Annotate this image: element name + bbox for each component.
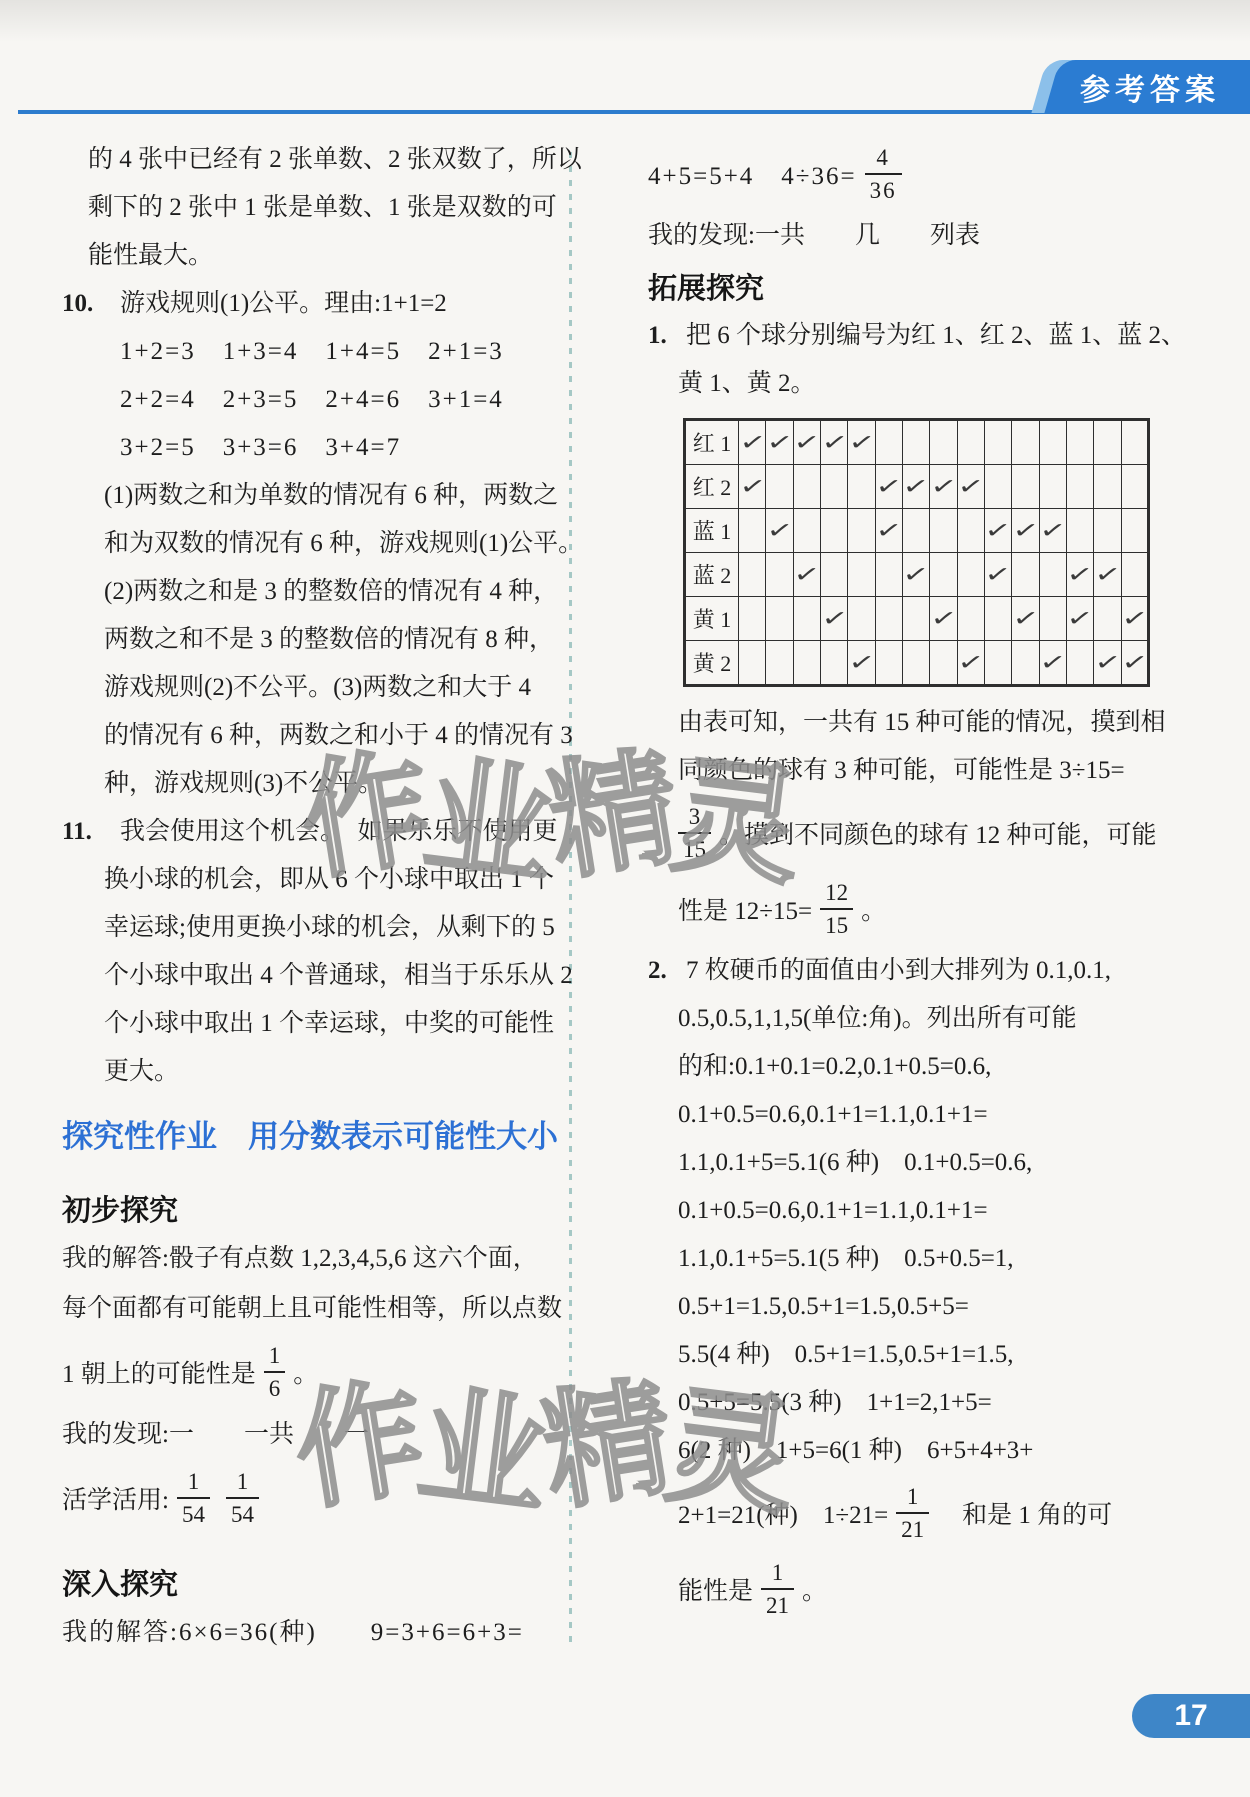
answer-line: 幸运球;使用更换小球的机会，从剩下的 5 [62, 904, 568, 952]
table-cell [739, 553, 766, 597]
table-cell: ✓ [902, 465, 929, 509]
table-cell: ✓ [1012, 509, 1039, 553]
subsection-heading-deep: 深入探究 [62, 1562, 568, 1608]
check-mark: ✓ [1012, 517, 1039, 545]
numerator: 12 [820, 881, 853, 908]
right-column: 4+5=5+4 4÷36=436 我的发现:一共 几 列表 拓展探究 1.把 6… [648, 136, 1164, 1627]
check-mark: ✓ [1012, 605, 1039, 633]
table-cell [1066, 420, 1093, 465]
check-mark: ✓ [1039, 649, 1066, 677]
table-cell [1066, 509, 1093, 553]
table-cell [1121, 553, 1148, 597]
table-cell [739, 597, 766, 641]
table-cell: ✓ [984, 553, 1011, 597]
numerator: 1 [767, 1561, 789, 1588]
check-mark: ✓ [1066, 605, 1093, 633]
check-mark: ✓ [793, 429, 820, 457]
table-cell [1066, 465, 1093, 509]
table-cell: ✓ [875, 509, 902, 553]
check-mark: ✓ [739, 473, 766, 501]
check-mark: ✓ [875, 473, 902, 501]
answer-line: 两数之和不是 3 的整数倍的情况有 8 种， [62, 616, 568, 664]
fraction: 154 [226, 1470, 259, 1526]
table-cell: ✓ [793, 420, 820, 465]
row-label: 蓝 2 [685, 553, 739, 597]
answer-line-fraction: 4+5=5+4 4÷36=436 [648, 136, 1164, 212]
reference-answers-badge: 参考答案 [1052, 60, 1250, 113]
table-cell [793, 597, 820, 641]
row-label: 红 2 [685, 465, 739, 509]
table-cell [1039, 597, 1066, 641]
table-cell [875, 553, 902, 597]
table-cell [1012, 420, 1039, 465]
table-cell: ✓ [820, 420, 847, 465]
table-cell [766, 597, 793, 641]
answer-line: (1)两数之和为单数的情况有 6 种，两数之 [62, 472, 568, 520]
table-cell [1121, 509, 1148, 553]
table-cell [739, 641, 766, 686]
check-mark: ✓ [1121, 649, 1148, 677]
table-cell: ✓ [957, 641, 984, 686]
table-row: 黄 1✓✓✓✓✓ [685, 597, 1149, 641]
table-cell [984, 641, 1011, 686]
numerator: 1 [902, 1485, 924, 1512]
answer-key-page: 参考答案 的 4 张中已经有 2 张单数、2 张双数了，所以 剩下的 2 张中 … [0, 0, 1250, 1797]
answer-text: 。摸到不同颜色的球有 12 种可能，可能 [719, 815, 1157, 851]
table-cell [930, 509, 957, 553]
fraction: 121 [896, 1485, 929, 1541]
check-mark: ✓ [930, 605, 957, 633]
table-cell [930, 553, 957, 597]
table-cell [984, 420, 1011, 465]
table-cell [875, 641, 902, 686]
answer-text: 4+5=5+4 4÷36= [648, 156, 857, 192]
table-cell [902, 597, 929, 641]
fraction: 121 [761, 1561, 794, 1617]
row-label: 黄 2 [685, 641, 739, 686]
table-cell [1066, 641, 1093, 686]
denominator: 15 [820, 908, 853, 937]
check-mark: ✓ [1094, 649, 1121, 677]
table-cell [848, 509, 875, 553]
table-cell: ✓ [1039, 641, 1066, 686]
table-cell: ✓ [1121, 641, 1148, 686]
answer-line: 0.1+0.5=0.6,0.1+1=1.1,0.1+1= [648, 1187, 1164, 1235]
answer-line: 0.5+1=1.5,0.5+1=1.5,0.5+5= [648, 1283, 1164, 1331]
discovery-line: 我的发现:一 一共 一 [62, 1410, 568, 1460]
fraction: 16 [264, 1344, 286, 1400]
page-number-badge: 17 [1132, 1694, 1250, 1738]
table-cell [930, 641, 957, 686]
equation-line: 2+2=4 2+3=5 2+4=6 3+1=4 [62, 376, 568, 424]
table-cell: ✓ [930, 465, 957, 509]
table-cell [875, 597, 902, 641]
table-cell [902, 641, 929, 686]
answer-text: 和是 1 角的可 [937, 1495, 1112, 1531]
table-cell: ✓ [1094, 553, 1121, 597]
subsection-heading-initial: 初步探究 [62, 1188, 568, 1234]
item-number: 11. [62, 808, 120, 856]
row-label: 红 1 [685, 420, 739, 465]
check-mark: ✓ [930, 473, 957, 501]
answer-text: 活学活用: [62, 1480, 169, 1516]
item-number: 10. [62, 280, 120, 328]
table-cell [1012, 553, 1039, 597]
answer-text: 性是 12÷15= [678, 891, 812, 927]
answer-text: 。 [861, 891, 886, 927]
table-cell [1039, 420, 1066, 465]
table-cell: ✓ [1012, 597, 1039, 641]
answer-line: 换小球的机会，即从 6 个小球中取出 1 个 [62, 856, 568, 904]
table-cell [1039, 553, 1066, 597]
answer-line: 1.1,0.1+5=5.1(6 种) 0.1+0.5=0.6, [648, 1139, 1164, 1187]
check-mark: ✓ [848, 429, 875, 457]
check-mark: ✓ [739, 429, 766, 457]
table-cell: ✓ [739, 420, 766, 465]
table-cell [793, 509, 820, 553]
pairs-table: 红 1✓✓✓✓✓红 2✓✓✓✓✓蓝 1✓✓✓✓✓蓝 2✓✓✓✓✓黄 1✓✓✓✓✓… [683, 418, 1150, 687]
denominator: 6 [264, 1371, 286, 1400]
table-cell [875, 420, 902, 465]
table-cell [739, 509, 766, 553]
table-cell: ✓ [848, 420, 875, 465]
table-cell: ✓ [1066, 553, 1093, 597]
denominator: 15 [678, 832, 711, 861]
table-cell [902, 420, 929, 465]
answer-line-fraction: 活学活用:154154 [62, 1460, 568, 1536]
answer-text: 。 [802, 1571, 827, 1607]
answer-line: (2)两数之和是 3 的整数倍的情况有 4 种， [62, 568, 568, 616]
table-cell: ✓ [848, 641, 875, 686]
answer-line: 每个面都有可能朝上且可能性相等，所以点数 [62, 1284, 568, 1334]
table-cell [766, 641, 793, 686]
table-cell [848, 465, 875, 509]
fraction: 154 [177, 1470, 210, 1526]
badge-label: 参考答案 [1052, 60, 1250, 113]
answer-line: 我的解答:6×6=36(种) 9=3+6=6+3= [62, 1608, 568, 1658]
table-cell [1094, 465, 1121, 509]
answer-line: 个小球中取出 1 个幸运球，中奖的可能性 [62, 1000, 568, 1048]
answer-text: 把 6 个球分别编号为红 1、红 2、蓝 1、蓝 2、 [686, 322, 1186, 349]
denominator: 36 [865, 173, 902, 202]
answer-line-fraction: 2+1=21(种) 1÷21=121 和是 1 角的可 [648, 1475, 1164, 1551]
check-mark: ✓ [820, 429, 847, 457]
discovery-line: 我的发现:一共 几 列表 [648, 212, 1164, 260]
answer-line: 的和:0.1+0.1=0.2,0.1+0.5=0.6, [648, 1043, 1164, 1091]
check-mark: ✓ [902, 473, 929, 501]
table-cell: ✓ [902, 553, 929, 597]
table-cell [793, 465, 820, 509]
answer-line: 0.5+5=5.5(3 种) 1+1=2,1+5= [648, 1379, 1164, 1427]
answer-line-fraction: 1 朝上的可能性是16。 [62, 1334, 568, 1410]
check-mark: ✓ [1094, 561, 1121, 589]
answer-line: 游戏规则(2)不公平。(3)两数之和大于 4 [62, 664, 568, 712]
table-cell [957, 553, 984, 597]
answer-line-fraction: 能性是121。 [648, 1551, 1164, 1627]
table-cell [1012, 465, 1039, 509]
check-mark: ✓ [984, 561, 1011, 589]
answer-text: 1 朝上的可能性是 [62, 1354, 256, 1390]
check-mark: ✓ [766, 429, 793, 457]
denominator: 21 [761, 1588, 794, 1617]
check-mark: ✓ [957, 473, 984, 501]
check-mark: ✓ [766, 517, 793, 545]
answer-line: 1.1,0.1+5=5.1(5 种) 0.5+0.5=1, [648, 1235, 1164, 1283]
table-cell [848, 553, 875, 597]
table-row: 蓝 2✓✓✓✓✓ [685, 553, 1149, 597]
check-mark: ✓ [902, 561, 929, 589]
numerator: 1 [232, 1470, 254, 1497]
row-label: 黄 1 [685, 597, 739, 641]
check-mark: ✓ [820, 605, 847, 633]
table-row: 红 2✓✓✓✓✓ [685, 465, 1149, 509]
answer-line: 我的解答:骰子有点数 1,2,3,4,5,6 这六个面， [62, 1234, 568, 1284]
equation-line: 3+2=5 3+3=6 3+4=7 [62, 424, 568, 472]
answer-line: 个小球中取出 4 个普通球，相当于乐乐从 2 [62, 952, 568, 1000]
table-cell [1121, 420, 1148, 465]
check-mark: ✓ [793, 561, 820, 589]
column-divider [569, 152, 572, 1644]
denominator: 54 [177, 1497, 210, 1526]
table-cell [820, 641, 847, 686]
answer-line: 黄 1、黄 2。 [648, 360, 1164, 408]
table-cell [957, 420, 984, 465]
table-cell: ✓ [739, 465, 766, 509]
answer-line: 由表可知，一共有 15 种可能的情况，摸到相 [648, 699, 1164, 747]
table-cell [984, 465, 1011, 509]
table-row: 黄 2✓✓✓✓✓ [685, 641, 1149, 686]
item-number: 1. [648, 312, 686, 360]
answer-line: 剩下的 2 张中 1 张是单数、1 张是双数的可 [62, 184, 568, 232]
item-2-first-line: 2.7 枚硬币的面值由小到大排列为 0.1,0.1, [648, 947, 1164, 995]
denominator: 54 [226, 1497, 259, 1526]
subsection-heading-extend: 拓展探究 [648, 266, 1164, 312]
table-cell: ✓ [793, 553, 820, 597]
answer-line: 能性最大。 [62, 232, 568, 280]
table-cell [820, 553, 847, 597]
item-1-first-line: 1.把 6 个球分别编号为红 1、红 2、蓝 1、蓝 2、 [648, 312, 1164, 360]
table-cell [957, 597, 984, 641]
table-cell: ✓ [930, 597, 957, 641]
answer-line: 0.5,0.5,1,1,5(单位:角)。列出所有可能 [648, 995, 1164, 1043]
table-cell: ✓ [820, 597, 847, 641]
fraction: 315 [678, 805, 711, 861]
row-label: 蓝 1 [685, 509, 739, 553]
item-11-first-line: 11.我会使用这个机会。 如果乐乐不使用更 [62, 808, 568, 856]
table-cell [1094, 597, 1121, 641]
check-mark: ✓ [1121, 605, 1148, 633]
numerator: 4 [871, 146, 895, 173]
answer-text: 2+1=21(种) 1÷21= [678, 1495, 888, 1531]
table-cell [820, 465, 847, 509]
table-cell: ✓ [1121, 597, 1148, 641]
answer-text: 。 [293, 1354, 318, 1390]
answer-line: 种，游戏规则(3)不公平。 [62, 760, 568, 808]
answer-line: 的情况有 6 种，两数之和小于 4 的情况有 3 [62, 712, 568, 760]
denominator: 21 [896, 1512, 929, 1541]
table-cell [957, 509, 984, 553]
equation-line: 1+2=3 1+3=4 1+4=5 2+1=3 [62, 328, 568, 376]
table-cell [1094, 420, 1121, 465]
numerator: 1 [183, 1470, 205, 1497]
pairs-table-body: 红 1✓✓✓✓✓红 2✓✓✓✓✓蓝 1✓✓✓✓✓蓝 2✓✓✓✓✓黄 1✓✓✓✓✓… [685, 420, 1149, 686]
section-title: 探究性作业 用分数表示可能性大小 [62, 1112, 568, 1162]
check-mark: ✓ [984, 517, 1011, 545]
numerator: 3 [684, 805, 706, 832]
answer-line-fraction: 315。摸到不同颜色的球有 12 种可能，可能 [648, 795, 1164, 871]
answer-line: 更大。 [62, 1048, 568, 1096]
answer-line: 同颜色的球有 3 种可能，可能性是 3÷15= [648, 747, 1164, 795]
fraction: 436 [865, 146, 902, 202]
table-cell [848, 597, 875, 641]
table-cell [820, 509, 847, 553]
table-cell: ✓ [1039, 509, 1066, 553]
fraction: 1215 [820, 881, 853, 937]
table-cell [902, 509, 929, 553]
item-number: 2. [648, 947, 686, 995]
table-cell: ✓ [875, 465, 902, 509]
table-cell [1012, 641, 1039, 686]
answer-line: 的 4 张中已经有 2 张单数、2 张双数了，所以 [62, 136, 568, 184]
table-cell [766, 553, 793, 597]
table-cell [793, 641, 820, 686]
answer-line-fraction: 性是 12÷15=1215。 [648, 871, 1164, 947]
check-mark: ✓ [1039, 517, 1066, 545]
numerator: 1 [264, 1344, 286, 1371]
answer-line: 和为双数的情况有 6 种，游戏规则(1)公平。 [62, 520, 568, 568]
item-10-first-line: 10.游戏规则(1)公平。理由:1+1=2 [62, 280, 568, 328]
answer-text: 游戏规则(1)公平。理由:1+1=2 [120, 290, 447, 317]
table-cell: ✓ [957, 465, 984, 509]
table-cell: ✓ [766, 420, 793, 465]
table-cell: ✓ [766, 509, 793, 553]
table-cell [984, 597, 1011, 641]
table-cell: ✓ [984, 509, 1011, 553]
table-cell [1094, 509, 1121, 553]
table-row: 蓝 1✓✓✓✓✓ [685, 509, 1149, 553]
table-cell [766, 465, 793, 509]
check-mark: ✓ [875, 517, 902, 545]
answer-text: 能性是 [678, 1571, 753, 1607]
table-cell [930, 420, 957, 465]
answer-text: 7 枚硬币的面值由小到大排列为 0.1,0.1, [686, 957, 1111, 984]
table-cell [1039, 465, 1066, 509]
check-mark: ✓ [848, 649, 875, 677]
answer-text: 我会使用这个机会。 如果乐乐不使用更 [120, 818, 558, 845]
left-column: 的 4 张中已经有 2 张单数、2 张双数了，所以 剩下的 2 张中 1 张是单… [62, 136, 568, 1658]
check-mark: ✓ [1066, 561, 1093, 589]
answer-line: 5.5(4 种) 0.5+1=1.5,0.5+1=1.5, [648, 1331, 1164, 1379]
answer-line: 6(2 种) 1+5=6(1 种) 6+5+4+3+ [648, 1427, 1164, 1475]
table-cell: ✓ [1066, 597, 1093, 641]
answer-line: 0.1+0.5=0.6,0.1+1=1.1,0.1+1= [648, 1091, 1164, 1139]
check-mark: ✓ [957, 649, 984, 677]
table-cell [1121, 465, 1148, 509]
table-row: 红 1✓✓✓✓✓ [685, 420, 1149, 465]
table-cell: ✓ [1094, 641, 1121, 686]
